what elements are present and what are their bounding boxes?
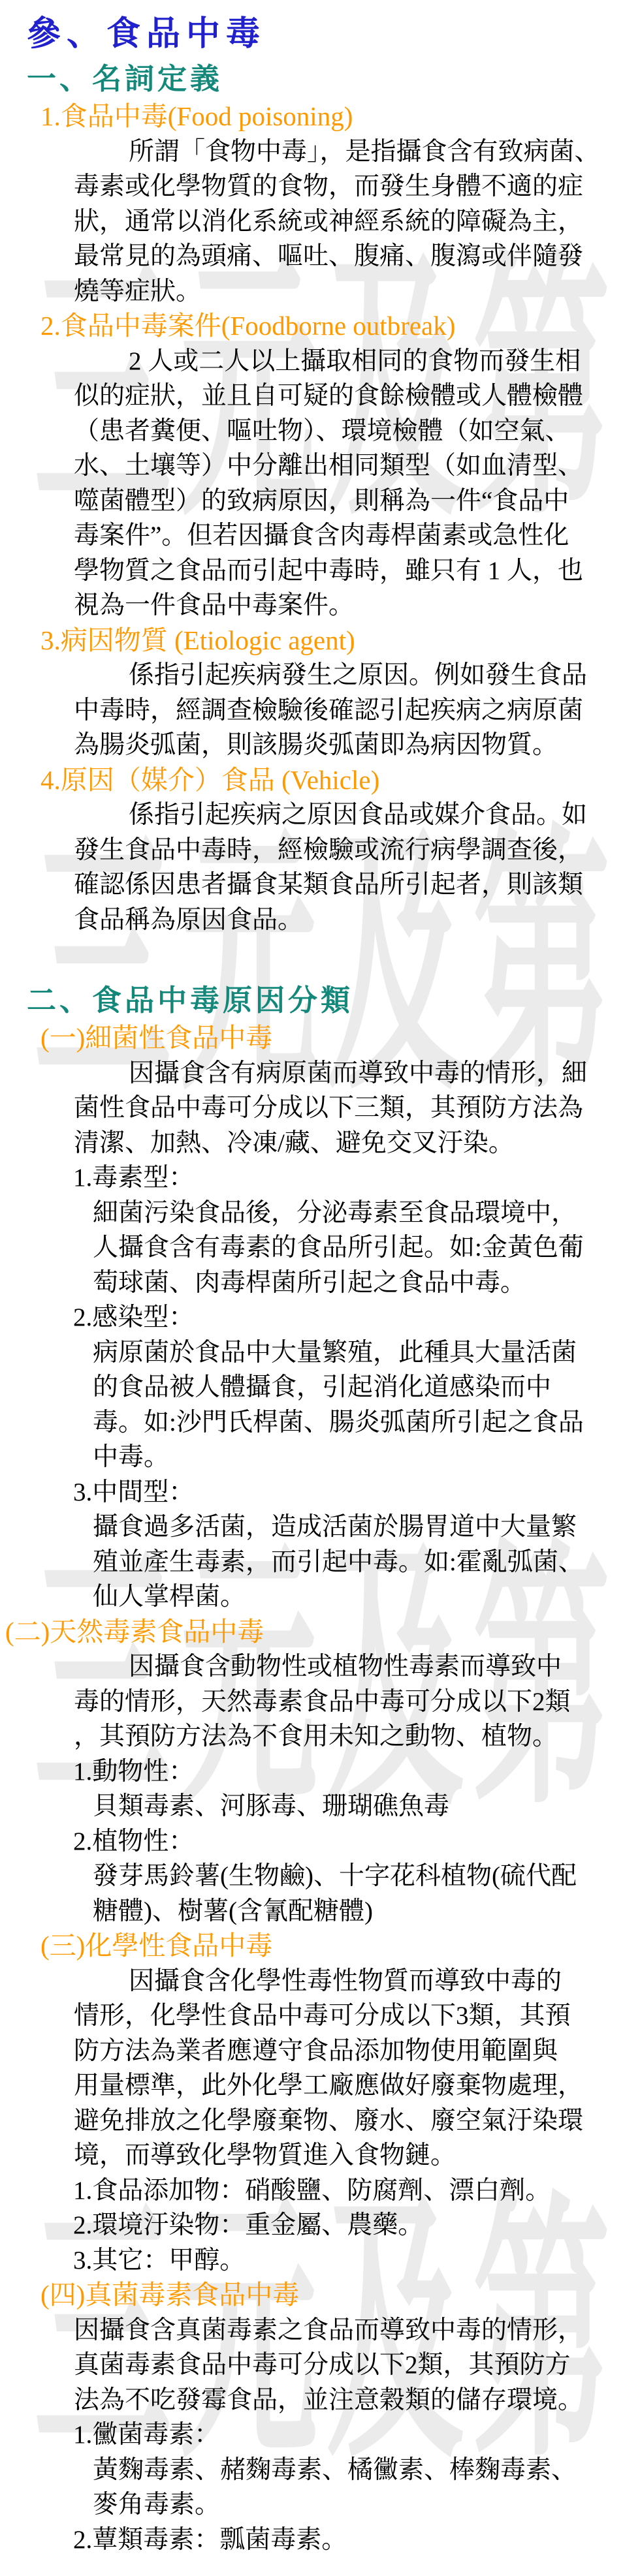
text-line: 殖並產生毒素，而引起中毒。如:霍亂弧菌、 [93,1545,640,1580]
list-item-description: 黃麴毒素、赭麴毒素、橘黴素、棒麴毒素、麥角毒素。 [0,2453,640,2522]
text-line: 食品稱為原因食品。 [74,903,640,938]
text-line: （患者糞便、嘔吐物）、環境檢體（如空氣、 [74,414,640,449]
list-item-description: 病原菌於食品中大量繁殖，此種具大量活菌的食品被人體攝食，引起消化道感染而中毒。如… [0,1335,640,1475]
text-line: 真菌毒素食品中毒可分成以下2類，其預防方 [74,2348,640,2383]
paragraph: 因攝食含真菌毒素之食品而導致中毒的情形，真菌毒素食品中毒可分成以下2類，其預防方… [0,2313,640,2418]
list-item-text: 2.感染型： [73,1300,640,1335]
text-line: 境，而導致化學物質進入食物鏈。 [74,2138,640,2173]
text-line: 人攝食含有毒素的食品所引起。如:金黃色葡 [93,1230,640,1265]
text-line: 狀，通常以消化系統或神經系統的障礙為主， [74,204,640,240]
paragraph: 所謂「食物中毒」，是指攝食含有致病菌、毒素或化學物質的食物，而發生身體不適的症狀… [0,134,640,309]
list-item-description: 發芽馬鈴薯(生物鹼)、十字花科植物(硫代配糖體)、樹薯(含氰配糖體) [0,1859,640,1929]
sub-heading: (二)天然毒素食品中毒 [5,1615,640,1650]
text-line: 菌性食品中毒可分成以下三類，其預防方法為 [74,1091,640,1126]
text-line: 似的症狀，並且自可疑的食餘檢體或人體檢體 [74,379,640,414]
list-item-label: 1.黴菌毒素： [0,2417,640,2453]
text-line: 毒案件”。但若因攝食含肉毒桿菌素或急性化 [74,518,640,553]
text-line: 最常見的為頭痛、嘔吐、腹痛、腹瀉或伴隨發 [74,239,640,274]
text-line: 避免排放之化學廢棄物、廢水、廢空氣汙染環 [74,2103,640,2139]
text-line: 係指引起疾病之原因食品或媒介食品。如 [129,798,640,833]
document-page: 參、食品中毒一、名詞定義1.食品中毒(Food poisoning)所謂「食物中… [0,0,640,2557]
list-item-text: 3.其它：甲醇。 [73,2243,640,2278]
list-item-text: 2.蕈類毒素：瓢菌毒素。 [73,2522,640,2558]
list-item-label: 1.食品添加物：硝酸鹽、防腐劑、漂白劑。 [0,2173,640,2209]
list-item-label: 2.環境汙染物：重金屬、農藥。 [0,2208,640,2243]
text-line: 仙人掌桿菌。 [93,1579,640,1615]
text-line: 因攝食含動物性或植物性毒素而導致中 [129,1649,640,1684]
text-line: 用量標準，此外化學工廠應做好廢棄物處理， [74,2068,640,2103]
text-line: 攝食過多活菌，造成活菌於腸胃道中大量繁 [93,1510,640,1545]
list-item-description: 貝類毒素、河豚毒、珊瑚礁魚毒 [0,1789,640,1824]
list-item-text: 1.食品添加物：硝酸鹽、防腐劑、漂白劑。 [73,2173,640,2209]
section-heading: 二、食品中毒原因分類 [27,980,640,1021]
sub-heading: 4.原因（媒介）食品 (Vehicle) [40,763,640,798]
text-line: 因攝食含化學性毒性物質而導致中毒的 [129,1964,640,1999]
text-line: 發生食品中毒時，經檢驗或流行病學調查後， [74,833,640,868]
list-item-text: 3.中間型： [73,1475,640,1510]
text-line: 噬菌體型）的致病原因，則稱為一件“食品中 [74,484,640,519]
doc-title: 參、食品中毒 [27,10,640,59]
text-line: 所謂「食物中毒」，是指攝食含有致病菌、 [129,134,640,170]
text-line: 水、土壤等）中分離出相同類型（如血清型、 [74,448,640,484]
text-line: 黃麴毒素、赭麴毒素、橘黴素、棒麴毒素、 [93,2453,640,2488]
sub-heading: 1.食品中毒(Food poisoning) [40,99,640,134]
text-line: 中毒時，經調查檢驗後確認引起疾病之病原菌 [74,693,640,728]
text-line: 毒的情形，天然毒素食品中毒可分成以下2類 [74,1684,640,1720]
list-item-label: 1.動物性： [0,1754,640,1790]
list-item-description: 細菌污染食品後，分泌毒素至食品環境中，人攝食含有毒素的食品所引起。如:金黃色葡萄… [0,1196,640,1301]
list-item-label: 3.其它：甲醇。 [0,2243,640,2278]
text-line: 視為一件食品中毒案件。 [74,588,640,623]
text-line: 病原菌於食品中大量繁殖，此種具大量活菌 [93,1335,640,1371]
text-line: 發芽馬鈴薯(生物鹼)、十字花科植物(硫代配 [93,1859,640,1894]
text-line: 確認係因患者攝食某類食品所引起者，則該類 [74,867,640,903]
list-item-label: 2.蕈類毒素：瓢菌毒素。 [0,2522,640,2558]
paragraph: 因攝食含化學性毒性物質而導致中毒的情形，化學性食品中毒可分成以下3類，其預防方法… [0,1964,640,2173]
text-line: 毒。如:沙門氏桿菌、腸炎弧菌所引起之食品 [93,1405,640,1440]
text-line: 細菌污染食品後，分泌毒素至食品環境中， [93,1196,640,1231]
text-line: 係指引起疾病發生之原因。例如發生食品 [129,658,640,693]
sub-heading: 2.食品中毒案件(Foodborne outbreak) [40,309,640,344]
list-item-text: 1.動物性： [73,1754,640,1790]
list-item-label: 2.感染型： [0,1300,640,1335]
paragraph: 係指引起疾病之原因食品或媒介食品。如發生食品中毒時，經檢驗或流行病學調查後，確認… [0,798,640,937]
text-line: 2 人或二人以上攝取相同的食物而發生相 [129,344,640,379]
list-item-label: 1.毒素型： [0,1160,640,1196]
sub-heading: (一)細菌性食品中毒 [40,1021,640,1056]
text-line: 中毒。 [93,1440,640,1475]
text-line: ，其預防方法為不食用未知之動物、植物。 [74,1719,640,1754]
list-item-text: 1.黴菌毒素： [73,2417,640,2453]
section-heading: 一、名詞定義 [27,59,640,99]
text-line: 防方法為業者應遵守食品添加物使用範圍與 [74,2034,640,2069]
text-line: 毒素或化學物質的食物，而發生身體不適的症 [74,169,640,204]
paragraph: 2 人或二人以上攝取相同的食物而發生相似的症狀，並且自可疑的食餘檢體或人體檢體（… [0,344,640,623]
paragraph: 因攝食含有病原菌而導致中毒的情形，細菌性食品中毒可分成以下三類，其預防方法為清潔… [0,1056,640,1161]
sub-heading: (四)真菌毒素食品中毒 [40,2278,640,2313]
list-item-text: 2.環境汙染物：重金屬、農藥。 [73,2208,640,2243]
text-line: 萄球菌、肉毒桿菌所引起之食品中毒。 [93,1265,640,1301]
text-line: 學物質之食品而引起中毒時，雖只有 1 人，也 [74,553,640,589]
paragraph: 因攝食含動物性或植物性毒素而導致中毒的情形，天然毒素食品中毒可分成以下2類，其預… [0,1649,640,1754]
text-line: 的食品被人體攝食，引起消化道感染而中 [93,1370,640,1405]
text-line: 情形，化學性食品中毒可分成以下3類，其預 [74,1998,640,2034]
sub-heading: (三)化學性食品中毒 [40,1929,640,1964]
sub-heading: 3.病因物質 (Etiologic agent) [40,623,640,659]
list-item-description: 攝食過多活菌，造成活菌於腸胃道中大量繁殖並產生毒素，而引起中毒。如:霍亂弧菌、仙… [0,1510,640,1615]
text-line: 因攝食含真菌毒素之食品而導致中毒的情形， [74,2313,640,2348]
text-line: 糖體)、樹薯(含氰配糖體) [93,1894,640,1929]
text-line: 麥角毒素。 [93,2487,640,2522]
text-line: 燒等症狀。 [74,274,640,309]
paragraph: 係指引起疾病發生之原因。例如發生食品中毒時，經調查檢驗後確認引起疾病之病原菌為腸… [0,658,640,763]
list-item-text: 1.毒素型： [73,1160,640,1196]
text-line: 清潔、加熱、冷凍/藏、避免交叉汙染。 [74,1126,640,1161]
text-line: 法為不吃發霉食品，並注意穀類的儲存環境。 [74,2383,640,2418]
list-item-label: 3.中間型： [0,1475,640,1510]
list-item-label: 2.植物性： [0,1824,640,1859]
text-line: 為腸炎弧菌，則該腸炎弧菌即為病因物質。 [74,728,640,763]
list-item-text: 2.植物性： [73,1824,640,1859]
text-line: 因攝食含有病原菌而導致中毒的情形，細 [129,1056,640,1091]
text-line: 貝類毒素、河豚毒、珊瑚礁魚毒 [93,1789,640,1824]
